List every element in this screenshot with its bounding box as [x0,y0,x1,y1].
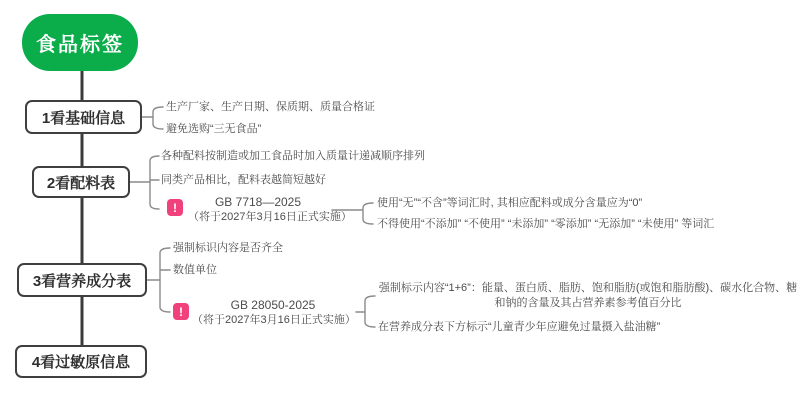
regulation-gb28050-note: （将于2027年3月16日正式实施） [192,313,354,327]
exclamation-glyph: ! [179,306,183,318]
leaf-avoid-three-no-food: 避免选购“三无食品” [166,122,261,136]
exclamation-glyph: ! [173,202,177,214]
root-node-food-label[interactable]: 食品标签 [22,14,138,71]
mindmap-canvas: 食品标签 1看基础信息 2看配料表 3看营养成分表 4看过敏原信息 生产厂家、生… [0,0,800,396]
alert-icon: ! [173,303,189,320]
topic-box-basic-info[interactable]: 1看基础信息 [25,100,142,134]
regulation-gb28050: GB 28050-2025 （将于2027年3月16日正式实施） [192,298,354,327]
regulation-gb28050-code: GB 28050-2025 [192,298,354,313]
leaf-children-salt-oil-sugar-warning: 在营养成分表下方标示“儿童青少年应避免过量摄入盐油糖” [378,320,660,334]
leaf-shorter-list-better: 同类产品相比，配料表越简短越好 [161,173,326,187]
leaf-numeric-units: 数值单位 [173,263,217,277]
regulation-gb7718-note: （将于2027年3月16日正式实施） [188,210,328,224]
topic-box-allergen-info[interactable]: 4看过敏原信息 [15,345,147,378]
leaf-no-additive-claims-ban: 不得使用“不添加” “不使用” “未添加” “零添加” “无添加” “未使用” … [377,217,714,231]
regulation-gb7718: GB 7718—2025 （将于2027年3月16日正式实施） [188,195,328,224]
leaf-mandatory-1plus6-nutrients: 强制标示内容“1+6”：能量、蛋白质、脂肪、饱和脂肪(或饱和脂肪酸)、碳水化合物… [378,281,798,311]
leaf-mandatory-content-complete: 强制标识内容是否齐全 [173,241,283,255]
leaf-ingredient-descending-order: 各种配料按制造或加工食品时加入质量计递减顺序排列 [161,149,425,163]
regulation-gb7718-code: GB 7718—2025 [188,195,328,210]
topic-box-nutrition-facts[interactable]: 3看营养成分表 [17,263,147,297]
topic-box-ingredients-list[interactable]: 2看配料表 [32,166,130,198]
alert-icon: ! [167,199,183,216]
leaf-zero-content-claim-rule: 使用“无”“不含”等词汇时, 其相应配料或成分含量应为“0” [377,196,642,210]
leaf-manufacturer-date-shelf-life: 生产厂家、生产日期、保质期、质量合格证 [166,100,375,114]
